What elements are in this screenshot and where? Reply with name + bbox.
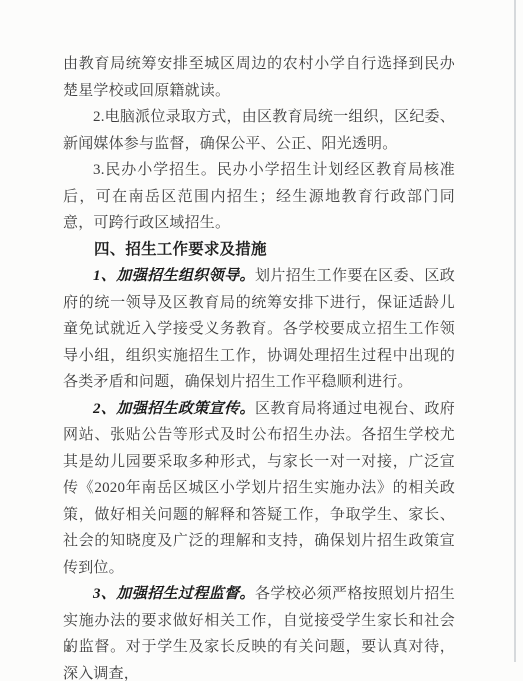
- paragraph-lead-text: 1、加强招生组织领导。: [93, 268, 255, 284]
- paragraph-text: 2.电脑派位录取方式，由区教育局统一组织，区纪委、新闻媒体参与监督，确保公平、公…: [63, 109, 455, 152]
- paragraph: 3、加强招生过程监督。各学校必须严格按照划片招生实施办法的要求做好相关工作，自觉…: [63, 581, 455, 681]
- paragraph: 3.民办小学招生。民办小学招生计划经区教育局核准后，可在南岳区范围内招生；经生源…: [63, 157, 455, 237]
- paragraph-text: 四、招生工作要求及措施: [94, 241, 267, 258]
- paragraph-text: 由教育局统筹安排至城区周边的农村小学自行选择到民办楚星学校或回原籍就读。: [63, 56, 455, 99]
- paragraph: 2、加强招生政策宣传。区教育局将通过电视台、政府网站、张贴公告等形式及时公布招生…: [63, 396, 455, 582]
- paragraph-lead-text: 3、加强招生过程监督。: [93, 586, 255, 602]
- paragraph-text: 划片招生工作要在区委、区政府的统一领导及区教育局的统筹安排下进行，保证适龄儿童免…: [63, 268, 455, 390]
- paragraph-text: 3.民办小学招生。民办小学招生计划经区教育局核准后，可在南岳区范围内招生；经生源…: [63, 162, 455, 231]
- paragraph-lead-text: 2、加强招生政策宣传。: [93, 401, 255, 417]
- document-content: 由教育局统筹安排至城区周边的农村小学自行选择到民办楚星学校或回原籍就读。2.电脑…: [63, 51, 455, 681]
- paragraph: 由教育局统筹安排至城区周边的农村小学自行选择到民办楚星学校或回原籍就读。: [63, 51, 455, 104]
- document-page: 由教育局统筹安排至城区周边的农村小学自行选择到民办楚星学校或回原籍就读。2.电脑…: [0, 0, 523, 681]
- paragraph-text: 区教育局将通过电视台、政府网站、张贴公告等形式及时公布招生办法。各招生学校尤其是…: [63, 401, 455, 576]
- page-edge-line: [514, 0, 516, 662]
- paragraph: 1、加强招生组织领导。划片招生工作要在区委、区政府的统一领导及区教育局的统筹安排…: [63, 263, 455, 396]
- section-heading: 四、招生工作要求及措施: [63, 237, 455, 264]
- paragraph: 2.电脑派位录取方式，由区教育局统一组织，区纪委、新闻媒体参与监督，确保公平、公…: [63, 104, 455, 157]
- page-number: 8: [66, 643, 72, 655]
